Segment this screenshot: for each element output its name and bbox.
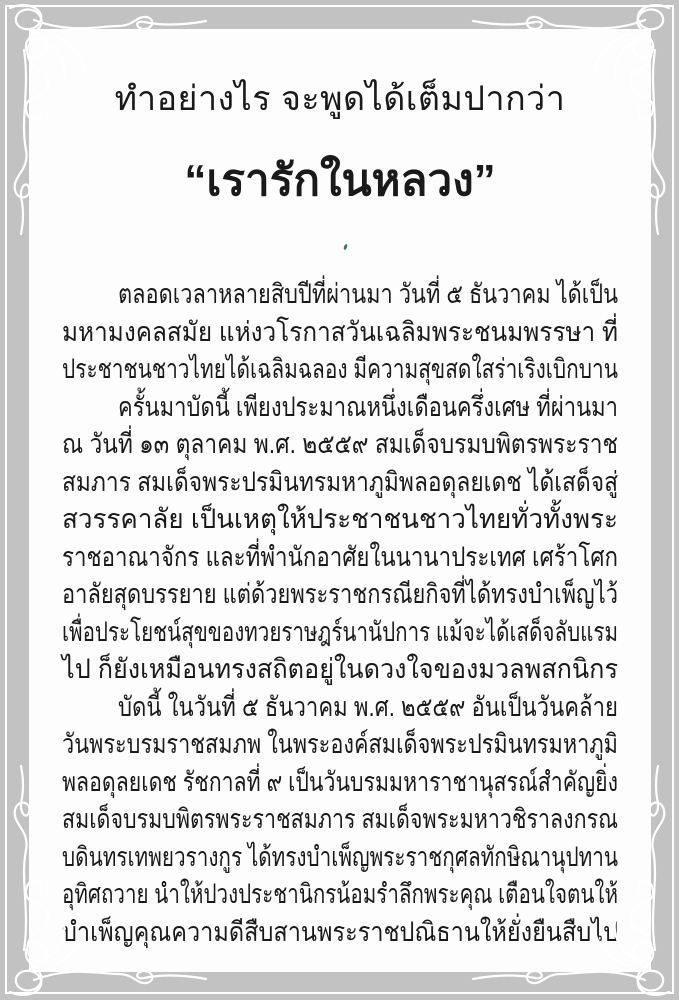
body-text-line: บำเพ็ญคุณความดีสืบสานพระราชปณิธานให้ยั่ง… bbox=[62, 914, 618, 952]
body-text-line: พลอดุลยเดช รัชกาลที่ ๙ เป็นวันบรมมหาราชา… bbox=[62, 764, 618, 802]
body-text-line: ราชอาณาจักร และที่พำนักอาศัยในนานาประเทศ… bbox=[62, 539, 618, 577]
body-text-line: ตลอดเวลาหลายสิบปีที่ผ่านมา วันที่ ๕ ธันว… bbox=[62, 276, 618, 314]
body-text-line: สมเด็จบรมบพิตรพระราชสมภาร สมเด็จพระมหาวช… bbox=[62, 801, 618, 839]
body-text-line: อุทิศถวาย นำให้ปวงประชานิกรน้อมรำลึกพระค… bbox=[62, 876, 618, 914]
body-text-line: ณ วันที่ ๑๓ ตุลาคม พ.ศ. ๒๕๕๙ สมเด็จบรมบพ… bbox=[62, 426, 618, 464]
body-text-line: ไป ก็ยังเหมือนทรงสถิตอยู่ในดวงใจของมวลพส… bbox=[62, 651, 618, 689]
body-text-line: บัดนี้ ในวันที่ ๕ ธันวาคม พ.ศ. ๒๕๕๙ อันเ… bbox=[62, 689, 618, 727]
body-text-line: วันพระบรมราชสมภพ ในพระองค์สมเด็จพระปรมิน… bbox=[62, 726, 618, 764]
body-text-line: มหามงคลสมัย แห่งวโรกาสวันเฉลิมพระชนมพรรษ… bbox=[62, 314, 618, 352]
scan-artifact-dot bbox=[343, 244, 348, 251]
document-page: ทำอย่างไร จะพูดได้เต็มปากว่า “เรารักในหล… bbox=[29, 29, 651, 972]
body-text-line: ประชาชนชาวไทยได้เฉลิมฉลอง มีความสุขสดใสร… bbox=[62, 351, 618, 389]
page-background: ทำอย่างไร จะพูดได้เต็มปากว่า “เรารักในหล… bbox=[0, 0, 679, 1000]
body-text-line: สวรรคาลัย เป็นเหตุให้ประชาชนชาวไทยทั่วทั… bbox=[62, 501, 618, 539]
body-text-line: สมภาร สมเด็จพระปรมินทรมหาภูมิพลอดุลยเดช … bbox=[62, 464, 618, 502]
document-body: ตลอดเวลาหลายสิบปีที่ผ่านมา วันที่ ๕ ธันว… bbox=[62, 276, 618, 951]
body-text-line: อาลัยสุดบรรยาย แต่ด้วยพระราชกรณียกิจที่ไ… bbox=[62, 576, 618, 614]
document-subtitle: “เรารักในหลวง” bbox=[29, 155, 651, 208]
document-title: ทำอย่างไร จะพูดได้เต็มปากว่า bbox=[29, 78, 651, 121]
body-text-line: ครั้นมาบัดนี้ เพียงประมาณหนึ่งเดือนครึ่ง… bbox=[62, 389, 618, 427]
body-text-line: บดินทรเทพยวรางกูร ได้ทรงบำเพ็ญพระราชกุศล… bbox=[62, 839, 618, 877]
body-text-line: เพื่อประโยชน์สุขของทวยราษฎร์นานัปการ แม้… bbox=[62, 614, 618, 652]
